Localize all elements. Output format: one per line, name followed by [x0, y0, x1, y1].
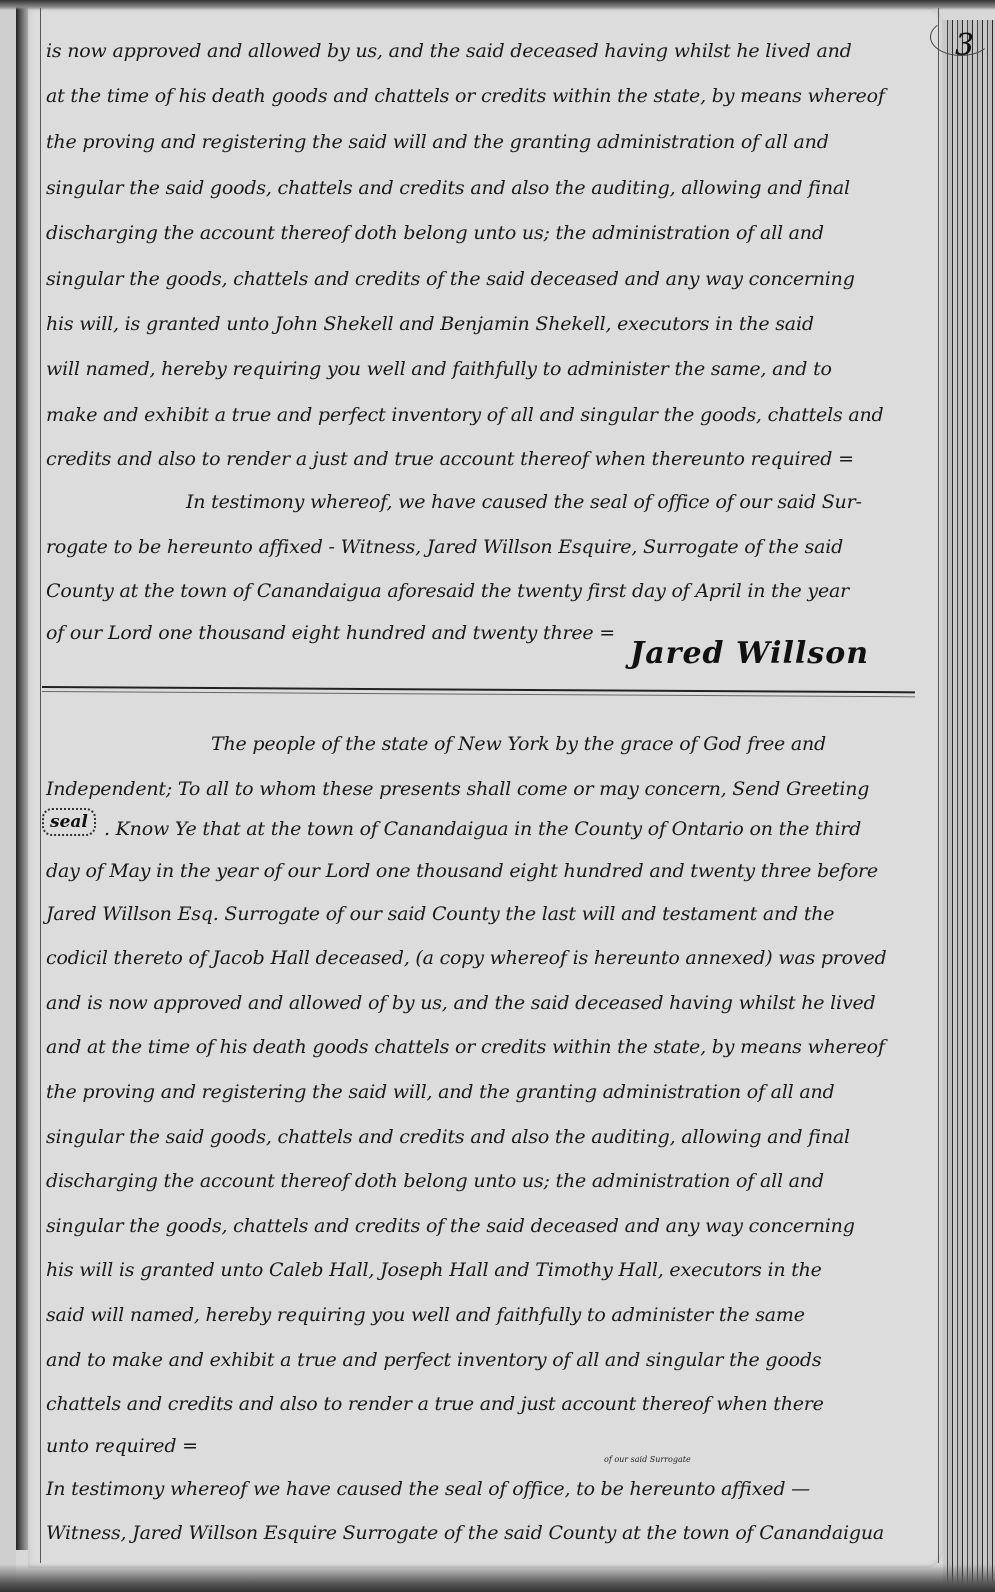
text-line: make and exhibit a true and perfect inve…	[46, 404, 884, 426]
text-line: singular the goods, chattels and credits…	[46, 268, 855, 290]
text-line: and is now approved and allowed of by us…	[46, 992, 875, 1014]
text-line: is now approved and allowed by us, and t…	[46, 40, 852, 62]
interlinear-insertion: of our said Surrogate	[604, 1455, 691, 1464]
text-line: credits and also to render a just and tr…	[46, 448, 854, 470]
text-line: day of May in the year of our Lord one t…	[46, 860, 878, 882]
book-spine-shadow	[16, 0, 28, 1550]
text-line: chattels and credits and also to render …	[46, 1393, 824, 1415]
text-line: the proving and registering the said wil…	[46, 1081, 835, 1103]
text-line: unto required =	[46, 1435, 198, 1457]
testimony-line: Witness, Jared Willson Esquire Surrogate…	[46, 1522, 884, 1544]
text-line: . Know Ye that at the town of Canandaigu…	[46, 818, 861, 840]
heading-line: The people of the state of New York by t…	[46, 733, 826, 755]
text-line: discharging the account thereof doth bel…	[46, 1170, 824, 1192]
ledger-page-scan: 3 is now approved and allowed by us, and…	[0, 0, 995, 1592]
text-line: singular the goods, chattels and credits…	[46, 1215, 855, 1237]
left-margin-rule	[40, 8, 41, 1563]
top-edge-shadow	[0, 0, 995, 10]
previous-page-edge	[0, 0, 16, 1592]
testimony-line: In testimony whereof we have caused the …	[46, 1478, 810, 1500]
text-line: Independent; To all to whom these presen…	[46, 778, 869, 800]
text-line: his will, is granted unto John Shekell a…	[46, 313, 814, 335]
seal-mark: seal	[42, 808, 96, 836]
text-line: the proving and registering the said wil…	[46, 131, 829, 153]
surrogate-signature: Jared Willson	[630, 636, 869, 671]
testimony-line: of our Lord one thousand eight hundred a…	[46, 622, 615, 644]
text-line: Jared Willson Esq. Surrogate of our said…	[46, 903, 834, 925]
testimony-line: rogate to be hereunto affixed - Witness,…	[46, 536, 843, 558]
bottom-edge-shadow	[0, 1564, 995, 1592]
text-line: said will named, hereby requiring you we…	[46, 1304, 805, 1326]
text-line: codicil thereto of Jacob Hall deceased, …	[46, 947, 886, 969]
text-line: at the time of his death goods and chatt…	[46, 85, 885, 107]
text-line: and to make and exhibit a true and perfe…	[46, 1349, 821, 1371]
text-line: will named, hereby requiring you well an…	[46, 358, 832, 380]
page-number: 3	[955, 28, 974, 63]
text-line: his will is granted unto Caleb Hall, Jos…	[46, 1259, 822, 1281]
page-stack-edge	[943, 20, 995, 1592]
right-margin-rule	[938, 8, 939, 1563]
text-line: singular the said goods, chattels and cr…	[46, 177, 850, 199]
text-line: discharging the account thereof doth bel…	[46, 222, 824, 244]
text-line: and at the time of his death goods chatt…	[46, 1036, 885, 1058]
testimony-line: In testimony whereof, we have caused the…	[46, 491, 862, 513]
testimony-line: County at the town of Canandaigua afores…	[46, 580, 849, 602]
text-line: singular the said goods, chattels and cr…	[46, 1126, 850, 1148]
